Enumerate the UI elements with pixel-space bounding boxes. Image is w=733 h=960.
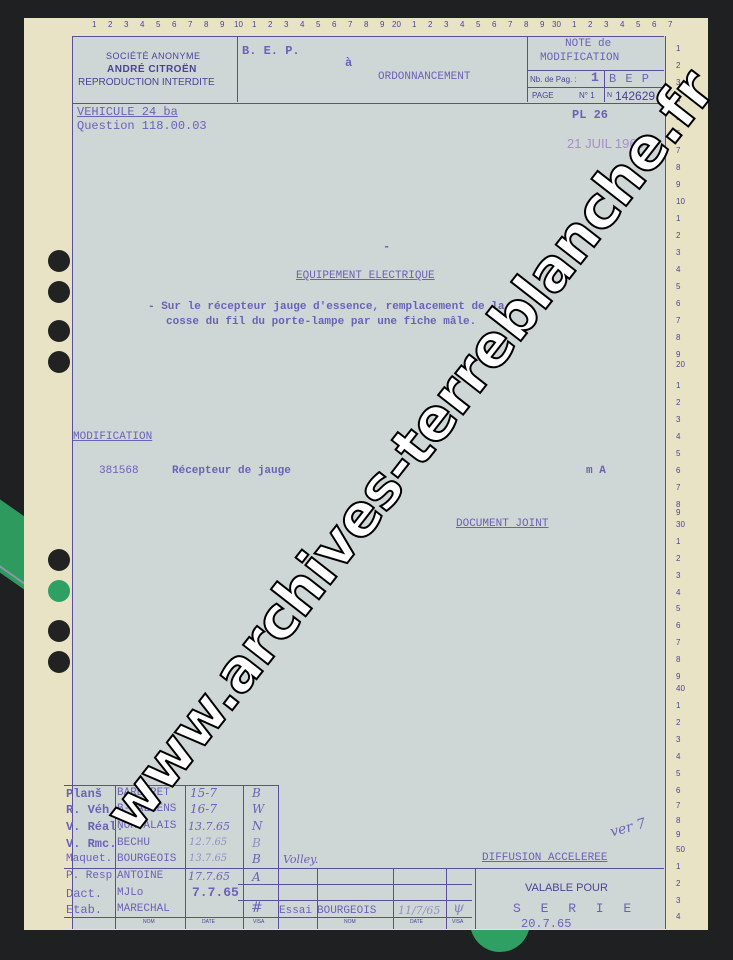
description-line-1: - Sur le récepteur jauge d'essence, remp… xyxy=(148,301,504,313)
punch-hole xyxy=(48,620,70,642)
ruler-label: 7 xyxy=(676,483,680,492)
signature-name: BOURGEOIS xyxy=(117,853,176,865)
column-header-visa: VISA xyxy=(253,919,264,925)
ruler-label: 9 xyxy=(380,20,384,29)
ruler-label: 9 xyxy=(676,350,680,359)
ruler-label: 6 xyxy=(492,20,496,29)
punch-hole xyxy=(48,281,70,303)
ruler-label: 4 xyxy=(460,20,464,29)
signature-visa: A xyxy=(252,870,261,884)
signature-date: 16-7 xyxy=(190,802,217,816)
ruler-label: 6 xyxy=(332,20,336,29)
signature-role: Dact. xyxy=(66,887,102,901)
ruler-label: 1 xyxy=(676,537,680,546)
ruler-label: 2 xyxy=(676,398,680,407)
signature-date: 15-7 xyxy=(190,786,217,800)
ruler-label: 9 xyxy=(676,830,680,839)
column-header-date: DATE xyxy=(202,919,215,925)
page-number-label: N° 1 xyxy=(579,91,595,100)
signature-date: 13.7.65 xyxy=(188,820,230,833)
ruler-label: 5 xyxy=(636,20,640,29)
ruler-label: 2 xyxy=(676,554,680,563)
ruler-label: 5 xyxy=(676,769,680,778)
column-header-nom: NOM xyxy=(344,919,356,925)
diffusion-note: DIFFUSION ACCELEREE xyxy=(482,852,607,864)
ruler-label: 9 xyxy=(540,20,544,29)
essai-date: 11/7/65 xyxy=(398,904,440,917)
signature-visa: # xyxy=(251,900,263,916)
page-count-label: Nb. de Pag. : xyxy=(530,75,577,84)
signature-date: 17.7.65 xyxy=(188,870,230,883)
ruler-label: 2 xyxy=(676,718,680,727)
validity-label: VALABLE POUR xyxy=(525,882,608,894)
ruler-label: 3 xyxy=(604,20,608,29)
ruler-label: 2 xyxy=(108,20,112,29)
part-name: Récepteur de jauge xyxy=(172,465,291,477)
ruler-label: 8 xyxy=(676,655,680,664)
ruler-label: 9 xyxy=(676,508,680,517)
signature-name: ANTOINE xyxy=(117,870,163,882)
ruler-label: 3 xyxy=(444,20,448,29)
table-line xyxy=(238,884,472,885)
reproduction-notice: REPRODUCTION INTERDITE xyxy=(78,77,215,88)
ruler-label: 1 xyxy=(412,20,416,29)
ruler-label: 4 xyxy=(620,20,624,29)
company-name: ANDRÉ CITROËN xyxy=(107,64,197,75)
to-label: à xyxy=(345,56,352,70)
signature-name: MJLo xyxy=(117,887,143,899)
ruler-label: 2 xyxy=(268,20,272,29)
signature-role: Maquet. xyxy=(66,853,112,865)
table-line xyxy=(64,868,664,869)
ruler-label: 8 xyxy=(364,20,368,29)
signature-date: 7.7.65 xyxy=(192,885,239,900)
company-legal-form: SOCIÉTÉ ANONYME xyxy=(106,51,201,61)
punch-hole xyxy=(48,250,70,272)
header-divider xyxy=(237,36,238,102)
ruler-label: 30 xyxy=(676,520,685,529)
department-code: B E P xyxy=(609,72,650,86)
ruler-label: 8 xyxy=(676,333,680,342)
ruler-label: 4 xyxy=(140,20,144,29)
punch-hole xyxy=(48,320,70,342)
ruler-label: 5 xyxy=(676,282,680,291)
ruler-label: 7 xyxy=(676,638,680,647)
table-line xyxy=(238,900,472,901)
ruler-label: 4 xyxy=(676,265,680,274)
signature-role: V. Rmc. xyxy=(66,837,116,851)
column-header-nom: NOM xyxy=(143,919,155,925)
ruler-label: 1 xyxy=(572,20,576,29)
ruler-label: 1 xyxy=(676,701,680,710)
ruler-label: 1 xyxy=(676,44,680,53)
ruler-label: 8 xyxy=(676,163,680,172)
essai-visa: ψ xyxy=(453,900,464,916)
essai-role: Essai xyxy=(279,905,312,917)
ruler-label: 4 xyxy=(676,432,680,441)
ruler-label: 20 xyxy=(676,360,685,369)
ruler-label: 5 xyxy=(476,20,480,29)
modification-label: MODIFICATION xyxy=(73,431,152,443)
ruler-label: 2 xyxy=(676,879,680,888)
doc-type-line1: NOTE de xyxy=(565,38,611,50)
ruler-label: 1 xyxy=(676,381,680,390)
ruler-label: 7 xyxy=(676,316,680,325)
column-header-visa: VISA xyxy=(452,919,463,925)
ruler-label: 3 xyxy=(676,571,680,580)
header-divider xyxy=(527,36,528,102)
ruler-label: 3 xyxy=(676,248,680,257)
ruler-label: 4 xyxy=(676,752,680,761)
ruler-label: 7 xyxy=(348,20,352,29)
signature-role: P. Resp. xyxy=(66,870,119,882)
ruler-label: 8 xyxy=(524,20,528,29)
essai-name: BOURGEOIS xyxy=(317,905,376,917)
ruler-label: 2 xyxy=(428,20,432,29)
section-title: EQUIPEMENT ELECTRIQUE xyxy=(296,270,435,282)
ruler-label: 7 xyxy=(188,20,192,29)
table-divider xyxy=(475,868,476,929)
part-number: 381568 xyxy=(99,465,139,477)
punch-hole xyxy=(48,351,70,373)
ruler-label: 1 xyxy=(676,214,680,223)
punch-hole xyxy=(48,549,70,571)
table-divider xyxy=(317,868,318,929)
number-prefix: N xyxy=(607,92,612,99)
header-divider xyxy=(604,70,605,102)
validity-type: S E R I E xyxy=(513,901,637,916)
ruler-label: 8 xyxy=(676,816,680,825)
ruler-label: 10 xyxy=(676,197,685,206)
ruler-label: 6 xyxy=(652,20,656,29)
sender-department: B. E. P. xyxy=(242,44,300,58)
signature-date: 13.7.65 xyxy=(189,853,227,864)
ruler-label: 4 xyxy=(300,20,304,29)
question-reference: Question 118.00.03 xyxy=(77,119,207,133)
separator-dash: - xyxy=(383,240,390,254)
header-divider xyxy=(527,87,664,88)
ruler-label: 5 xyxy=(316,20,320,29)
signature-role: Etab. xyxy=(66,903,102,917)
signature-side-note: Volley. xyxy=(283,853,318,866)
punch-hole xyxy=(48,580,70,602)
ruler-label: 7 xyxy=(508,20,512,29)
ruler-label: 5 xyxy=(676,449,680,458)
ruler-label: 1 xyxy=(676,862,680,871)
ruler-label: 9 xyxy=(220,20,224,29)
doc-type-line2: MODIFICATION xyxy=(540,52,619,64)
top-ruler: 1 2 3 4 5 6 7 8 9 10 1 2 3 4 5 6 7 8 9 2… xyxy=(72,20,672,36)
part-code: m A xyxy=(586,465,606,477)
ruler-label: 30 xyxy=(552,20,561,29)
ruler-label: 6 xyxy=(676,786,680,795)
punch-hole xyxy=(48,651,70,673)
ruler-label: 1 xyxy=(92,20,96,29)
ruler-label: 6 xyxy=(676,466,680,475)
ruler-label: 6 xyxy=(172,20,176,29)
ruler-label: 7 xyxy=(676,801,680,810)
description-line-2: cosse du fil du porte-lampe par une fich… xyxy=(166,316,476,328)
ruler-label: 2 xyxy=(588,20,592,29)
ruler-label: 7 xyxy=(668,20,672,29)
ruler-label: 5 xyxy=(156,20,160,29)
signature-visa: B xyxy=(252,852,261,866)
ruler-label: 40 xyxy=(676,684,685,693)
ruler-label: 3 xyxy=(676,415,680,424)
recipient-department: ORDONNANCEMENT xyxy=(378,71,470,83)
ruler-label: 4 xyxy=(676,588,680,597)
table-divider xyxy=(393,868,394,929)
ruler-label: 50 xyxy=(676,845,685,854)
plan-reference: PL 26 xyxy=(572,108,608,122)
ruler-label: 3 xyxy=(284,20,288,29)
ruler-label: 2 xyxy=(676,231,680,240)
ruler-label: 20 xyxy=(392,20,401,29)
ruler-label: 5 xyxy=(676,604,680,613)
signature-visa: B xyxy=(252,786,261,800)
vehicle-reference: VEHICULE 24 ba xyxy=(77,105,178,119)
page-label: PAGE xyxy=(532,91,554,100)
ruler-label: 9 xyxy=(676,180,680,189)
signature-visa: B xyxy=(252,836,261,850)
ruler-label: 3 xyxy=(676,735,680,744)
signature-visa: N xyxy=(252,819,263,833)
ruler-label: 8 xyxy=(204,20,208,29)
table-divider xyxy=(243,785,244,929)
table-line xyxy=(64,917,472,918)
attachment-note: DOCUMENT JOINT xyxy=(456,518,548,530)
ruler-label: 4 xyxy=(676,912,680,921)
ruler-label: 3 xyxy=(676,896,680,905)
validity-date: 20.7.65 xyxy=(521,917,571,931)
ruler-label: 1 xyxy=(252,20,256,29)
signature-visa: W xyxy=(252,802,264,816)
signature-name: MARECHAL xyxy=(117,903,170,915)
table-divider xyxy=(185,785,186,929)
ruler-label: 3 xyxy=(124,20,128,29)
ruler-label: 6 xyxy=(676,299,680,308)
ruler-label: 10 xyxy=(234,20,243,29)
ruler-label: 6 xyxy=(676,621,680,630)
ruler-label: 9 xyxy=(676,672,680,681)
column-header-date: DATE xyxy=(410,919,423,925)
page-count-value: 1 xyxy=(591,70,599,85)
signature-date: 12.7.65 xyxy=(189,837,227,848)
table-divider xyxy=(446,868,447,929)
